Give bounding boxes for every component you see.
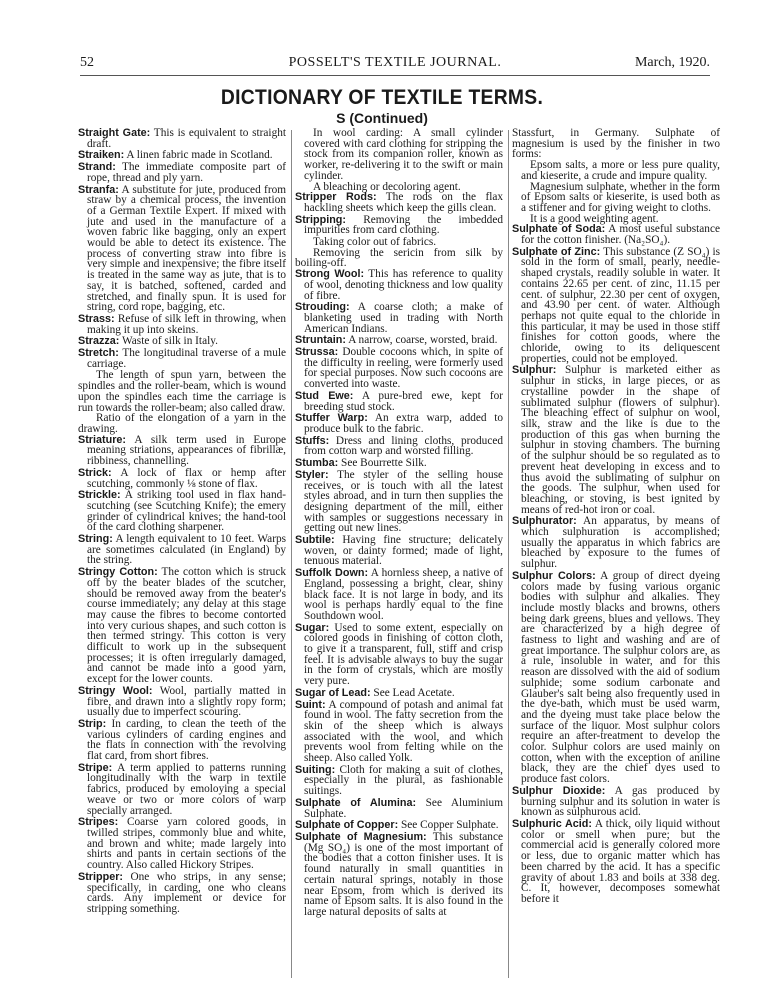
dictionary-entry: Straight Gate: This is equivalent to str… [78, 128, 286, 149]
entry-definition: The styler of the selling house receives… [304, 469, 503, 535]
entry-term: Sugar of Lead: [295, 687, 371, 699]
column-3: Stassfurt, in Germany. Sulphate of magne… [512, 128, 720, 906]
entry-definition: A group of direct dyeing colors made by … [521, 570, 720, 785]
entry-definition: The cotton which is struck off by the be… [87, 566, 286, 685]
continued-paragraph: Epsom salts, a more or less pure quality… [512, 160, 720, 181]
entry-definition: Sulphur is marketed either as sulphur in… [521, 364, 720, 515]
column-divider [508, 130, 509, 978]
dictionary-entry: Strickle: A striking tool used in flax h… [78, 490, 286, 533]
dictionary-entry: Sugar: Used to some extent, especially o… [295, 623, 503, 687]
entry-definition: A lock of flax or hemp after scutching, … [87, 467, 286, 490]
continued-paragraph: Stassfurt, in Germany. Sulphate of magne… [512, 128, 720, 160]
dictionary-entry: Sulphate of Magnesium: This substance (M… [295, 832, 503, 918]
dictionary-entry: Sulphate of Alumina: See Aluminium Sulph… [295, 798, 503, 819]
dictionary-entry: String: A length equivalent to 10 feet. … [78, 534, 286, 566]
dictionary-entry: Subtile: Having fine structure; delicate… [295, 535, 503, 567]
header-rule [80, 75, 710, 76]
dictionary-entry: Stuffs: Dress and lining cloths, produce… [295, 436, 503, 457]
dictionary-entry: Suint: A compound of potash and animal f… [295, 700, 503, 764]
dictionary-entry: Sulphur: Sulphur is marketed either as s… [512, 365, 720, 515]
continued-paragraph: Magnesium sulphate, whether in the form … [512, 182, 720, 214]
dictionary-entry: Sulphuric Acid: A thick, oily liquid wit… [512, 819, 720, 905]
dictionary-entry: Strip: In carding, to clean the teeth of… [78, 719, 286, 762]
dictionary-entry: Strick: A lock of flax or hemp after scu… [78, 468, 286, 489]
entry-definition: A thick, oily liquid without color or sm… [521, 818, 720, 905]
section-subtitle: S (Continued) [0, 110, 764, 126]
entry-definition: The immediate composite part of rope, th… [87, 161, 286, 184]
entry-definition: See Copper Sulphate. [401, 819, 499, 831]
dictionary-entry: Strand: The immediate composite part of … [78, 162, 286, 183]
page-title: DICTIONARY OF TEXTILE TERMS. [31, 86, 734, 110]
dictionary-entry: Stripper Rods: The rods on the flax hack… [295, 192, 503, 213]
entry-definition: See Bourrette Silk. [341, 457, 427, 469]
dictionary-entry: Strussa: Double cocoons which, in spite … [295, 347, 503, 390]
dictionary-entry: Stripe: A term applied to patterns runni… [78, 763, 286, 817]
entry-definition: See Lead Acetate. [373, 687, 454, 699]
entry-definition: A term applied to patterns running longi… [87, 762, 286, 817]
dictionary-entry: Stumba: See Bourrette Silk. [295, 458, 503, 469]
entry-definition: Refuse of silk left in throwing, when ma… [87, 313, 286, 336]
dictionary-entry: Stringy Cotton: The cotton which is stru… [78, 567, 286, 685]
dictionary-entry: Suiting: Cloth for making a suit of clot… [295, 765, 503, 797]
entry-definition: A length equivalent to 10 feet. Warps ar… [87, 533, 286, 566]
dictionary-entry: Stranfa: A substitute for jute, produced… [78, 185, 286, 313]
dictionary-entry: Straiken: A linen fabric made in Scotlan… [78, 150, 286, 161]
dictionary-entry: Stripper: One who strips, in any sense; … [78, 872, 286, 915]
entry-definition: Dress and lining cloths, produced from c… [304, 435, 503, 458]
dictionary-entry: Sulphur Colors: A group of direct dyeing… [512, 571, 720, 785]
dictionary-entry: Sulphate of Zinc: This substance (Z SO₄)… [512, 247, 720, 365]
dictionary-entry: Strong Wool: This has reference to quali… [295, 269, 503, 301]
dictionary-entry: Stretch: The longitudinal traverse of a … [78, 348, 286, 369]
entry-term: Struntain: [295, 334, 346, 346]
entry-definition: This substance (Mg SO₄) is one of the mo… [304, 831, 503, 918]
dictionary-entry: Strass: Refuse of silk left in throwing,… [78, 314, 286, 335]
journal-title: POSSELT'S TEXTILE JOURNAL. [80, 55, 710, 71]
entry-definition: A narrow, coarse, worsted, braid. [348, 334, 497, 346]
entry-definition: In carding, to clean the teeth of the va… [87, 718, 286, 762]
entry-definition: A compound of potash and animal fat foun… [304, 699, 503, 765]
entry-term: Straiken: [78, 149, 124, 161]
entry-sub-paragraph: Ratio of the elongation of a yarn in the… [78, 413, 286, 434]
dictionary-entry: Styler: The styler of the selling house … [295, 470, 503, 534]
dictionary-entry: Sulphur Dioxide: A gas produced by burni… [512, 786, 720, 818]
entry-term: Sulphate of Copper: [295, 819, 398, 831]
dictionary-entry: Stripping: Removing the imbedded impurit… [295, 215, 503, 236]
column-1: Straight Gate: This is equivalent to str… [78, 128, 286, 916]
entry-sub-paragraph: Removing the sericin from silk by boilin… [295, 248, 503, 269]
issue-date: March, 1920. [635, 55, 710, 71]
dictionary-entry: Stripes: Coarse yarn colored goods, in t… [78, 817, 286, 871]
dictionary-entry: Strazza: Waste of silk in Italy. [78, 336, 286, 347]
continued-paragraph: In wool carding: A small cylinder covere… [295, 128, 503, 182]
column-2: In wool carding: A small cylinder covere… [295, 128, 503, 919]
dictionary-entry: Stringy Wool: Wool, partially matted in … [78, 686, 286, 718]
dictionary-entry: Stud Ewe: A pure-bred ewe, kept for bree… [295, 391, 503, 412]
dictionary-entry: Stuffer Warp: An extra warp, added to pr… [295, 413, 503, 434]
dictionary-entry: Sulphate of Soda: A most useful substanc… [512, 224, 720, 245]
dictionary-entry: Suffolk Down: A hornless sheep, a native… [295, 568, 503, 622]
entry-definition: Used to some extent, especially on color… [304, 622, 503, 688]
dictionary-entry: Strouding: A coarse cloth; a make of bla… [295, 302, 503, 334]
entry-definition: Waste of silk in Italy. [122, 335, 218, 347]
dictionary-entry: Striature: A silk term used in Europe me… [78, 435, 286, 467]
dictionary-entry: Struntain: A narrow, coarse, worsted, br… [295, 335, 503, 346]
entry-definition: A substitute for jute, produced from str… [87, 184, 286, 314]
entry-definition: A linen fabric made in Scotland. [126, 149, 272, 161]
dictionary-entry: Sugar of Lead: See Lead Acetate. [295, 688, 503, 699]
entry-sub-paragraph: The length of spun yarn, between the spi… [78, 370, 286, 413]
entry-definition: This substance (Z SO₄) is sold in the fo… [521, 246, 720, 365]
dictionary-entry: Sulphurator: An apparatus, by means of w… [512, 516, 720, 570]
dictionary-entry: Sulphate of Copper: See Copper Sulphate. [295, 820, 503, 831]
column-divider [291, 130, 292, 978]
running-header: 52 POSSELT'S TEXTILE JOURNAL. March, 192… [80, 55, 710, 71]
entry-term: Strazza: [78, 335, 119, 347]
entry-term: Stumba: [295, 457, 338, 469]
